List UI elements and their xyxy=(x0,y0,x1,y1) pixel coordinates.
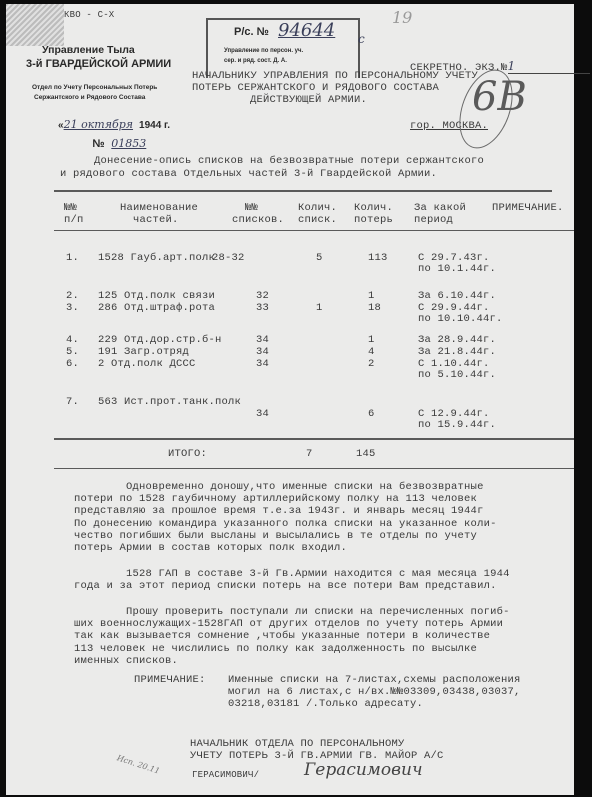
body-paragraph-2: 1528 ГАП в составе 3-й Гв.Армии находитс… xyxy=(74,568,510,592)
paragraph-line: именных списков. xyxy=(74,655,510,667)
row-list-numbers: 33 xyxy=(256,302,269,314)
stamp-suffix: с xyxy=(358,32,365,46)
total-rule xyxy=(54,438,574,440)
copy-number: 1 xyxy=(508,59,590,74)
row-period: по 5.10.44г. xyxy=(418,369,496,381)
signature-line3: ГЕРАСИМОВИЧ/ xyxy=(192,770,259,780)
row-period: по 10.1.44г. xyxy=(418,263,496,275)
outgoing-label: № xyxy=(92,138,104,150)
row-list-numbers: 34 xyxy=(256,334,269,346)
row-list-numbers: 34 xyxy=(256,346,269,358)
row-unit-name: 286 Отд.штраф.рота xyxy=(98,302,215,314)
body-paragraph-1: Одновременно доношу,что именные списки н… xyxy=(74,481,497,554)
table-top-rule xyxy=(54,190,552,192)
stamp-line2: сер. и ряд. сост. Д. А. xyxy=(224,58,287,64)
col-header-list-nums: №№списков. xyxy=(232,202,284,226)
row-unit-name: 1528 Гауб.арт.полк xyxy=(98,252,215,264)
row-number: 5. xyxy=(66,346,79,358)
row-period: по 15.9.44г. xyxy=(418,419,496,431)
paragraph-line: потери по 1528 гаубичному артиллерийском… xyxy=(74,493,497,505)
corner-handwritten-mark: 6В xyxy=(472,74,527,120)
note-line1: Именные списки на 7-листах,схемы располо… xyxy=(228,674,521,686)
row-list-count: 1 xyxy=(316,302,323,314)
row-list-numbers: 34 xyxy=(256,358,269,370)
body-paragraph-3: Прошу проверить поступали ли списки на п… xyxy=(74,606,510,667)
org-line2: 3-й ГВАРДЕЙСКОЙ АРМИИ xyxy=(26,58,171,70)
addressee-line3: ДЕЙСТВУЮЩЕЙ АРМИИ. xyxy=(250,94,367,106)
row-unit-name: 2 Отд.полк ДССС xyxy=(98,358,196,370)
addressee-line2: ПОТЕРЬ СЕРЖАНТСКОГО И РЯДОВОГО СОСТАВА xyxy=(192,82,439,94)
row-unit-name: 563 Ист.прот.танк.полк xyxy=(98,396,241,408)
handwritten-mark-top: 19 xyxy=(392,8,412,27)
paragraph-line: Прошу проверить поступали ли списки на п… xyxy=(74,606,510,618)
col-header-period: За какойпериод xyxy=(414,202,466,226)
row-loss-count: 2 xyxy=(368,358,375,370)
col-header-unit: Наименование частей. xyxy=(120,202,198,226)
total-losses: 145 xyxy=(356,448,376,460)
outgoing-number-value: 01853 xyxy=(111,137,146,150)
header-rule xyxy=(54,230,574,231)
paragraph-line: По донесению командира указанного полка … xyxy=(74,518,497,530)
row-period: За 21.8.44г. xyxy=(418,346,496,358)
row-loss-count: 18 xyxy=(368,302,381,314)
handwritten-signature: Герасимович xyxy=(304,760,423,780)
row-list-count: 5 xyxy=(316,252,323,264)
dept-line1: Отдел по Учету Персональных Потерь xyxy=(32,84,157,91)
row-unit-name: 191 Загр.отряд xyxy=(98,346,189,358)
paragraph-line: представляю за прошлое время т.е.за 1943… xyxy=(74,505,497,517)
executor-mark: Исп. 20.11 xyxy=(116,753,161,775)
row-number: 2. xyxy=(66,290,79,302)
row-period: по 10.10.44г. xyxy=(418,313,503,325)
org-line1: Управление Тыла xyxy=(42,44,135,56)
signature-line1: НАЧАЛЬНИК ОТДЕЛА ПО ПЕРСОНАЛЬНОМУ xyxy=(190,738,405,750)
row-period: За 28.9.44г. xyxy=(418,334,496,346)
paragraph-line: ших военнослужащих-1528ГАП от других отд… xyxy=(74,618,510,630)
col-header-list-count: Колич.списк. xyxy=(298,202,337,226)
row-number: 4. xyxy=(66,334,79,346)
row-list-numbers: 28-32 xyxy=(212,252,245,264)
row-number: 6. xyxy=(66,358,79,370)
row-loss-count: 1 xyxy=(368,334,375,346)
row-loss-count: 6 xyxy=(368,408,375,420)
stamp-line1: Управление по персон. уч. xyxy=(224,48,303,54)
total-bottom-rule xyxy=(54,468,574,469)
total-lists: 7 xyxy=(306,448,313,460)
row-list-numbers: 34 xyxy=(256,408,269,420)
stamp-label: Р/с. № xyxy=(234,26,269,38)
row-number: 3. xyxy=(66,302,79,314)
dept-line2: Сержантского и Рядового Состава xyxy=(34,94,145,101)
col-header-loss-count: Колич.потерь xyxy=(354,202,393,226)
stamp-number: 94644 xyxy=(278,20,335,41)
paragraph-line: 113 человек не числились по полку как за… xyxy=(74,643,510,655)
paragraph-line: года и за этот период списки потерь на в… xyxy=(74,580,510,592)
total-label: ИТОГО: xyxy=(168,448,207,460)
row-number: 1. xyxy=(66,252,79,264)
paragraph-line: так как вызывается сомнение ,чтобы указа… xyxy=(74,630,510,642)
note-label: ПРИМЕЧАНИЕ: xyxy=(134,674,206,686)
row-number: 7. xyxy=(66,396,79,408)
paragraph-line: чество погибших были высланы и высылалис… xyxy=(74,530,497,542)
row-list-numbers: 32 xyxy=(256,290,269,302)
row-loss-count: 4 xyxy=(368,346,375,358)
report-title-line1: Донесение-опись списков на безвозвратные… xyxy=(94,155,484,167)
row-loss-count: 1 xyxy=(368,290,375,302)
document-page: КВО - С-Х Управление Тыла 3-й ГВАРДЕЙСКО… xyxy=(6,4,574,795)
row-unit-name: 229 Отд.дор.стр.б-н xyxy=(98,334,222,346)
paragraph-line: 1528 ГАП в составе 3-й Гв.Армии находитс… xyxy=(74,568,510,580)
row-unit-name: 125 Отд.полк связи xyxy=(98,290,215,302)
top-code: КВО - С-Х xyxy=(64,10,114,20)
row-loss-count: 113 xyxy=(368,252,388,264)
note-line3: 03218,03181 /.Только адресату. xyxy=(228,698,423,710)
paragraph-line: потерь Армии в состав которых полк входи… xyxy=(74,542,497,554)
report-title-line2: и рядового состава Отдельных частей 3-й … xyxy=(60,168,437,180)
col-header-num: №№п/п xyxy=(64,202,84,226)
note-line2: могил на 6 листах,с н/вх.№№03309,03438,0… xyxy=(228,686,521,698)
paragraph-line: Одновременно доношу,что именные списки н… xyxy=(74,481,497,493)
row-period: За 6.10.44г. xyxy=(418,290,496,302)
incoming-stamp: Р/с. № 94644 с Управление по персон. уч.… xyxy=(206,18,360,78)
addressee-line1: НАЧАЛЬНИКУ УПРАВЛЕНИЯ ПО ПЕРСОНАЛЬНОМУ У… xyxy=(192,70,478,82)
col-header-note: ПРИМЕЧАНИЕ. xyxy=(492,202,564,214)
